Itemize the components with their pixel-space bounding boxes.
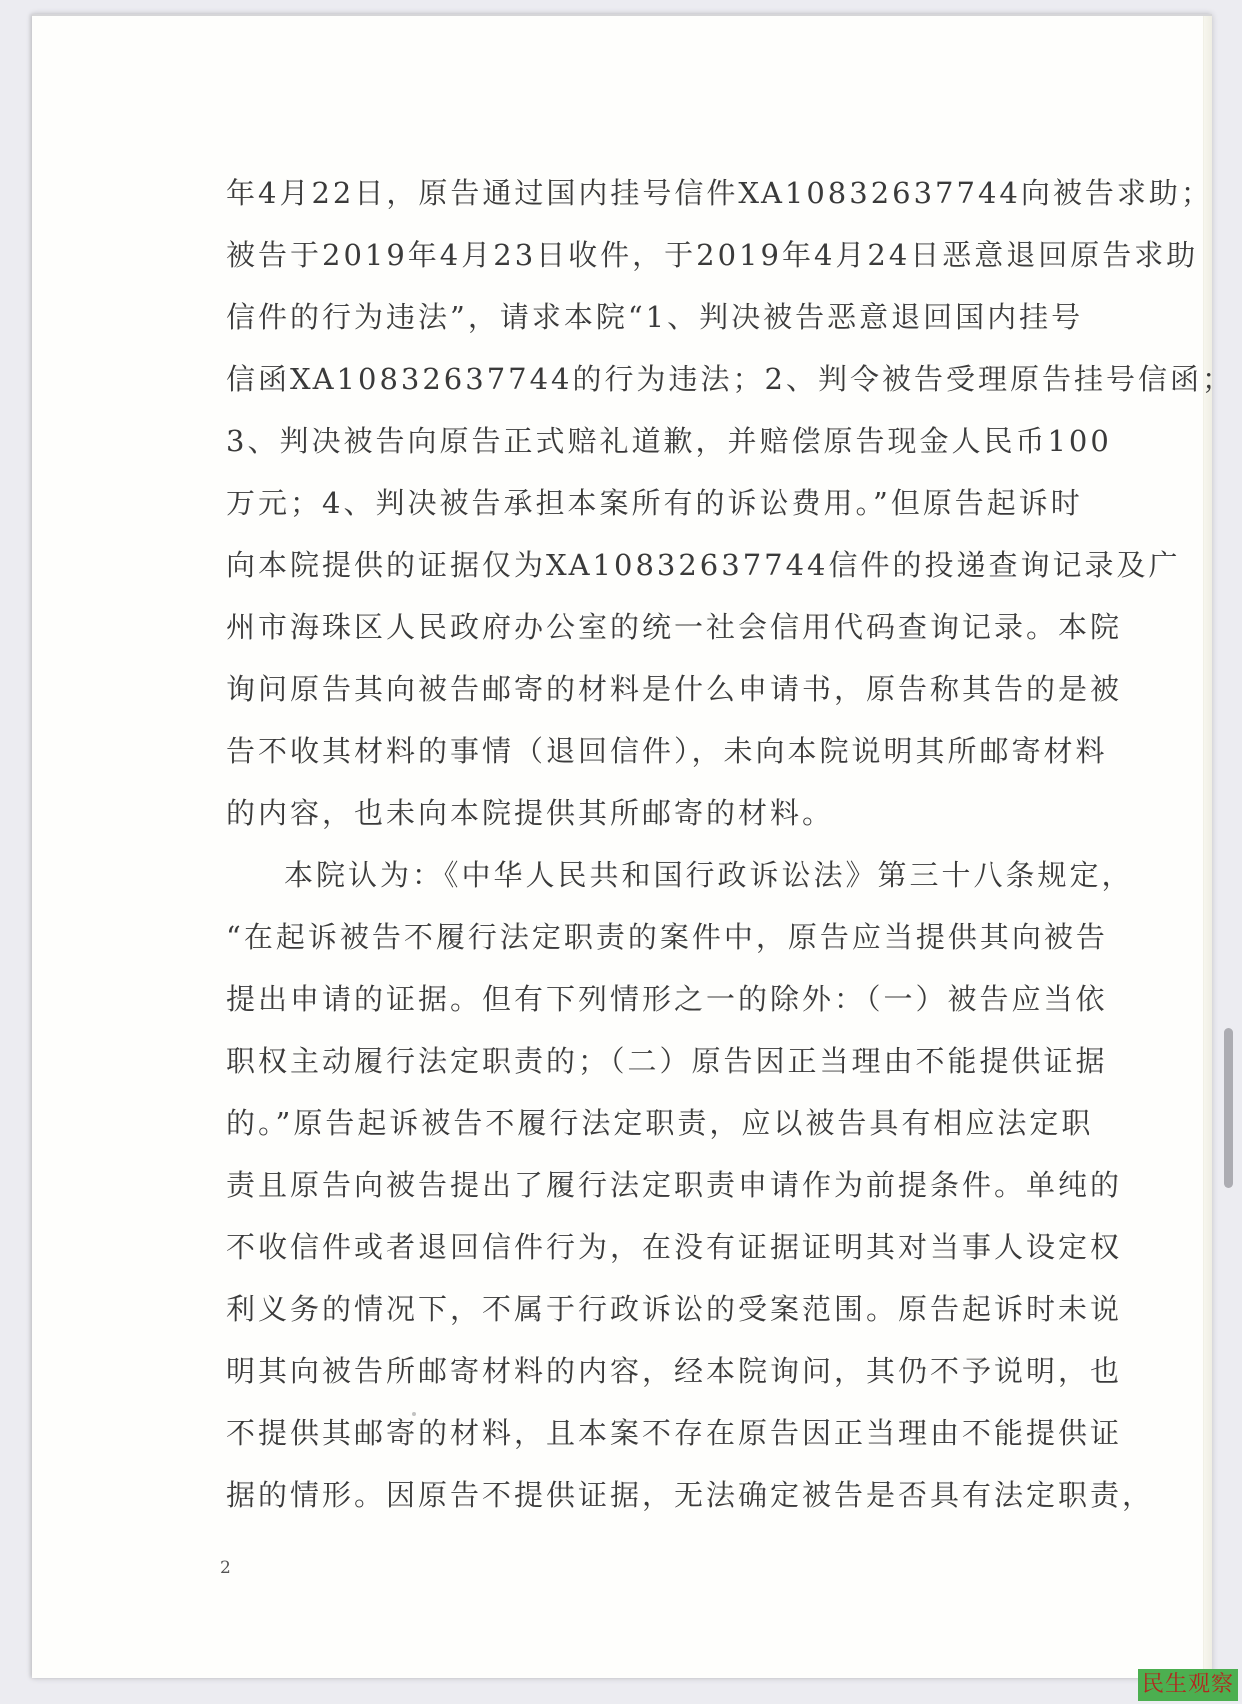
text-line: 万元；4、判决被告承担本案所有的诉讼费用。”但原告起诉时 [226, 472, 1106, 534]
page-edge-shadow [1203, 16, 1212, 1678]
text-line: 告不收其材料的事情（退回信件），未向本院说明其所邮寄材料 [226, 720, 1106, 782]
scan-speck [412, 1412, 416, 1416]
text-line: 的内容，也未向本院提供其所邮寄的材料。 [226, 782, 1106, 844]
scrollbar-thumb[interactable] [1224, 1028, 1233, 1188]
text-line: 的。”原告起诉被告不履行法定职责，应以被告具有相应法定职 [226, 1092, 1106, 1154]
document-page: 年4月22日，原告通过国内挂号信件XA10832637744向被告求助； 被告于… [32, 14, 1212, 1678]
text-line: 提出申请的证据。但有下列情形之一的除外：（一）被告应当依 [226, 968, 1106, 1030]
page-number: 2 [220, 1558, 231, 1578]
watermark-logo: 民生观察 [1138, 1669, 1238, 1701]
text-line: 年4月22日，原告通过国内挂号信件XA10832637744向被告求助； [226, 162, 1106, 224]
text-line: 职权主动履行法定职责的；（二）原告因正当理由不能提供证据 [226, 1030, 1106, 1092]
text-line: 据的情形。因原告不提供证据，无法确定被告是否具有法定职责， [226, 1464, 1106, 1526]
text-line: 信函XA10832637744的行为违法；2、判令被告受理原告挂号信函； [226, 348, 1106, 410]
document-body: 年4月22日，原告通过国内挂号信件XA10832637744向被告求助； 被告于… [226, 162, 1106, 1526]
text-line: 责且原告向被告提出了履行法定职责申请作为前提条件。单纯的 [226, 1154, 1106, 1216]
paragraph-start-line: 本院认为：《中华人民共和国行政诉讼法》第三十八条规定， [226, 844, 1106, 906]
text-line: 利义务的情况下，不属于行政诉讼的受案范围。原告起诉时未说 [226, 1278, 1106, 1340]
text-line: “在起诉被告不履行法定职责的案件中，原告应当提供其向被告 [226, 906, 1106, 968]
scrollbar-track[interactable] [1220, 0, 1238, 1704]
text-line: 不提供其邮寄的材料，且本案不存在原告因正当理由不能提供证 [226, 1402, 1106, 1464]
text-line: 询问原告其向被告邮寄的材料是什么申请书，原告称其告的是被 [226, 658, 1106, 720]
text-line: 被告于2019年4月23日收件，于2019年4月24日恶意退回原告求助 [226, 224, 1106, 286]
text-line: 明其向被告所邮寄材料的内容，经本院询问，其仍不予说明，也 [226, 1340, 1106, 1402]
text-line: 向本院提供的证据仅为XA10832637744信件的投递查询记录及广 [226, 534, 1106, 596]
text-line: 不收信件或者退回信件行为，在没有证据证明其对当事人设定权 [226, 1216, 1106, 1278]
text-line: 州市海珠区人民政府办公室的统一社会信用代码查询记录。本院 [226, 596, 1106, 658]
text-line: 3、判决被告向原告正式赔礼道歉，并赔偿原告现金人民币100 [226, 410, 1106, 472]
text-line: 信件的行为违法”，请求本院“1、判决被告恶意退回国内挂号 [226, 286, 1106, 348]
watermark-text: 民生观察 [1142, 1672, 1234, 1697]
